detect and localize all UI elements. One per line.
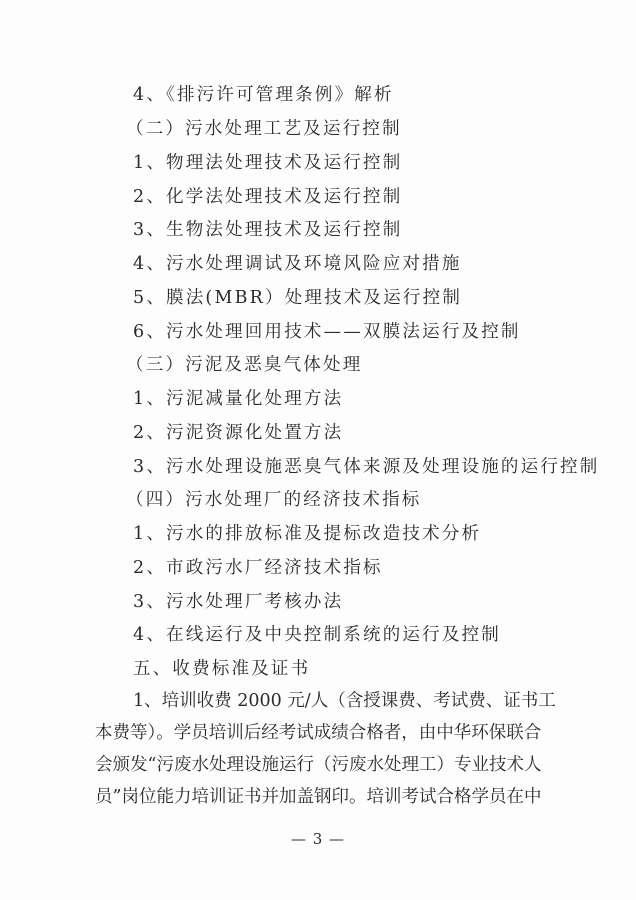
list-item: 1、物理法处理技术及运行控制 — [133, 151, 402, 175]
paragraph-line: 员”岗位能力培训证书并加盖钢印。培训考试合格学员在中 — [95, 785, 539, 809]
list-item: 5、膜法(MBR）处理技术及运行控制 — [133, 286, 462, 310]
section-heading: （二）污水处理工艺及运行控制 — [126, 117, 402, 141]
list-item: 3、污水处理厂考核办法 — [133, 590, 343, 614]
list-item: 2、化学法处理技术及运行控制 — [133, 185, 402, 209]
list-item: 1、污水的排放标准及提标改造技术分析 — [133, 522, 481, 546]
paragraph-line: 会颁发“污废水处理设施运行（污废水处理工）专业技术人 — [95, 753, 539, 777]
list-item: 6、污水处理回用技术——双膜法运行及控制 — [133, 320, 521, 344]
list-item: 2、污泥资源化处置方法 — [133, 421, 343, 445]
list-item: 2、市政污水厂经济技术指标 — [133, 556, 383, 580]
paragraph-line: 本费等）。学员培训后经考试成绩合格者，由中华环保联合 — [95, 721, 539, 745]
list-item: 1、污泥减量化处理方法 — [133, 387, 343, 411]
list-item: 4、污水处理调试及环境风险应对措施 — [133, 252, 462, 276]
section-heading: （四）污水处理厂的经济技术指标 — [126, 488, 422, 512]
paragraph-line: 1、培训收费 2000 元/人（含授课费、考试费、证书工 — [133, 689, 539, 713]
chapter-heading: 五、收费标准及证书 — [133, 657, 310, 681]
list-item: 4、《排污许可管理条例》解析 — [133, 83, 394, 107]
list-item: 3、生物法处理技术及运行控制 — [133, 218, 402, 242]
section-heading: （三）污泥及恶臭气体处理 — [126, 353, 362, 377]
page-number: — 3 — — [0, 830, 636, 848]
list-item: 4、在线运行及中央控制系统的运行及控制 — [133, 623, 501, 647]
list-item: 3、污水处理设施恶臭气体来源及处理设施的运行控制 — [133, 455, 599, 479]
document-page: 4、《排污许可管理条例》解析 （二）污水处理工艺及运行控制 1、物理法处理技术及… — [0, 0, 636, 900]
